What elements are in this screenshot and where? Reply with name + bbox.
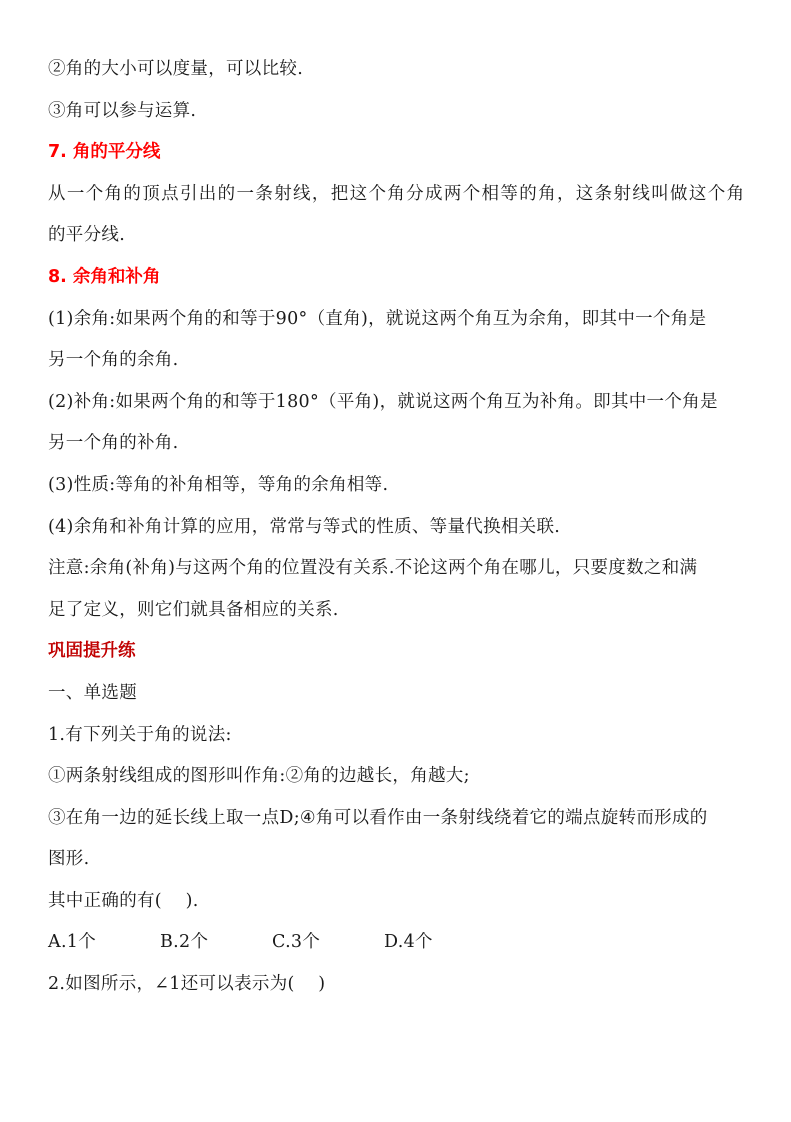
section-8-note-line-1: 注意:余角(补角)与这两个角的位置没有关系.不论这两个角在哪儿，只要度数之和满 (48, 548, 748, 590)
practice-heading: 巩固提升练 (48, 631, 748, 673)
intro-item-2: ②角的大小可以度量，可以比较. (48, 49, 748, 91)
option-d: D.4个 (384, 922, 496, 964)
option-a: A.1个 (48, 922, 160, 964)
question-2-stem: 2.如图所示，∠1还可以表示为( ) (48, 964, 748, 1006)
question-1-line-3: 图形. (48, 839, 748, 881)
intro-item-3: ③角可以参与运算. (48, 91, 748, 133)
section-8-item-1-line-1: (1)余角:如果两个角的和等于90°（直角)，就说这两个角互为余角，即其中一个角… (48, 299, 748, 341)
option-c: C.3个 (272, 922, 384, 964)
question-1-stem: 1.有下列关于角的说法: (48, 715, 748, 757)
document-page: ②角的大小可以度量，可以比较. ③角可以参与运算. 7. 角的平分线 从一个角的… (48, 49, 748, 1006)
section-8-item-3: (3)性质:等角的补角相等，等角的余角相等. (48, 465, 748, 507)
section-8-heading: 8. 余角和补角 (48, 257, 748, 299)
question-1-line-4: 其中正确的有( ). (48, 881, 748, 923)
section-8-item-4: (4)余角和补角计算的应用，常常与等式的性质、等量代换相关联. (48, 507, 748, 549)
option-b: B.2个 (160, 922, 272, 964)
section-8-item-2-line-2: 另一个角的补角. (48, 423, 748, 465)
section-8-item-1-line-2: 另一个角的余角. (48, 340, 748, 382)
question-1-options: A.1个 B.2个 C.3个 D.4个 (48, 922, 748, 964)
question-1-line-1: ①两条射线组成的图形叫作角:②角的边越长，角越大; (48, 756, 748, 798)
section-7-text-line-2: 的平分线. (48, 215, 748, 257)
practice-subheading: 一、单选题 (48, 673, 748, 715)
section-7-heading: 7. 角的平分线 (48, 132, 748, 174)
section-7-text-line-1: 从一个角的顶点引出的一条射线，把这个角分成两个相等的角，这条射线叫做这个角 (48, 174, 748, 216)
question-1-line-2: ③在角一边的延长线上取一点D;④角可以看作由一条射线绕着它的端点旋转而形成的 (48, 798, 748, 840)
section-8-item-2-line-1: (2)补角:如果两个角的和等于180°（平角)，就说这两个角互为补角。即其中一个… (48, 382, 748, 424)
section-8-note-line-2: 足了定义，则它们就具备相应的关系. (48, 590, 748, 632)
